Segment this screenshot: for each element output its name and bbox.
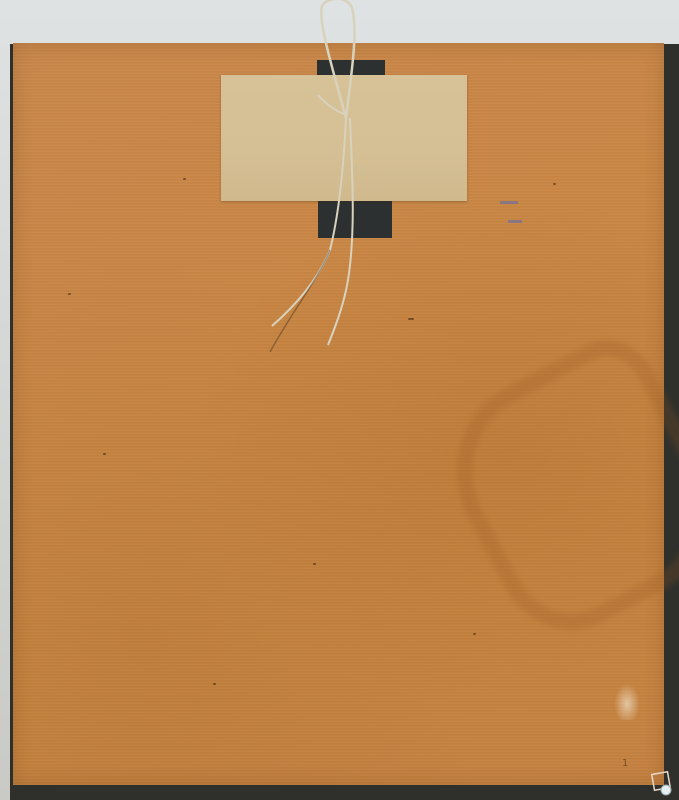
magnifier-zoom-icon bbox=[650, 770, 676, 798]
water-stain bbox=[422, 323, 679, 654]
tape-strip-bottom bbox=[318, 198, 392, 238]
scuff-mark bbox=[612, 680, 642, 720]
paper-label bbox=[221, 75, 467, 201]
blue-mark bbox=[508, 220, 522, 223]
blue-mark bbox=[500, 201, 518, 204]
pencil-mark: 1 bbox=[622, 758, 628, 769]
